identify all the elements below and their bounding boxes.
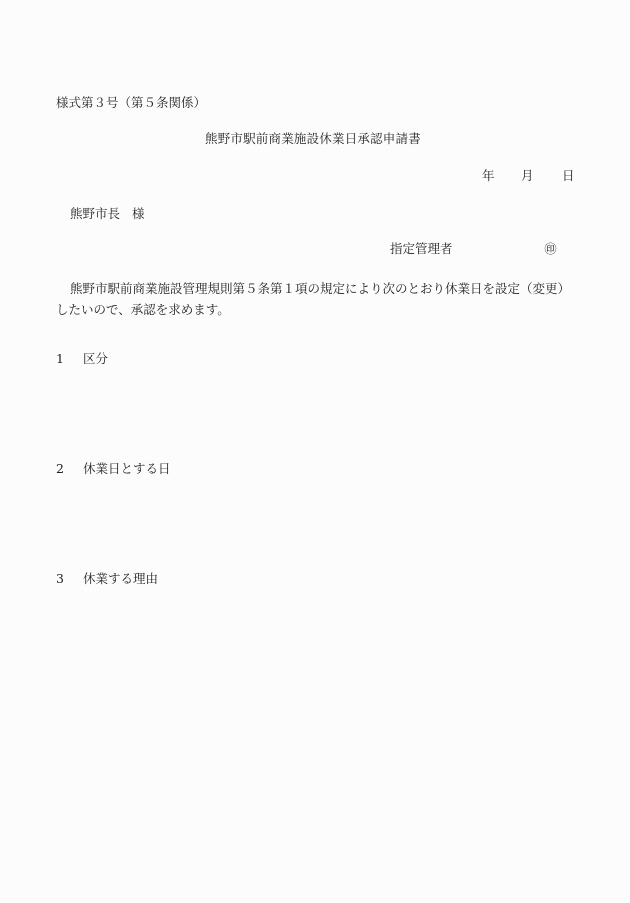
date-day-label: 日 [562,170,575,183]
body-text: 熊野市駅前商業施設管理規則第５条第１項の規定により次のとおり休業日を設定（変更）… [56,278,576,320]
section-number: 1 [56,353,83,366]
document-title: 熊野市駅前商業施設休業日承認申請書 [205,133,421,146]
date-year-label: 年 [482,170,521,183]
date-field: 年 月 日 [482,170,575,183]
applicant-label: 指定管理者 [390,243,453,256]
form-number: 様式第３号（第５条関係） [56,97,206,110]
date-month-label: 月 [521,170,562,183]
section-label: 区分 [83,353,108,366]
addressee-name: 熊野市長 [70,206,120,221]
section-number: 2 [56,463,83,476]
addressee-honorific: 様 [132,206,145,221]
addressee: 熊野市長様 [70,208,145,221]
section-3-heading: 3 休業する理由 [56,573,158,586]
seal-icon: ㊞ [545,243,557,256]
section-label: 休業する理由 [83,573,158,586]
section-number: 3 [56,573,83,586]
section-1-heading: 1 区分 [56,353,108,366]
applicant: 指定管理者 ㊞ [390,243,557,256]
section-label: 休業日とする日 [83,463,171,476]
section-2-heading: 2 休業日とする日 [56,463,171,476]
